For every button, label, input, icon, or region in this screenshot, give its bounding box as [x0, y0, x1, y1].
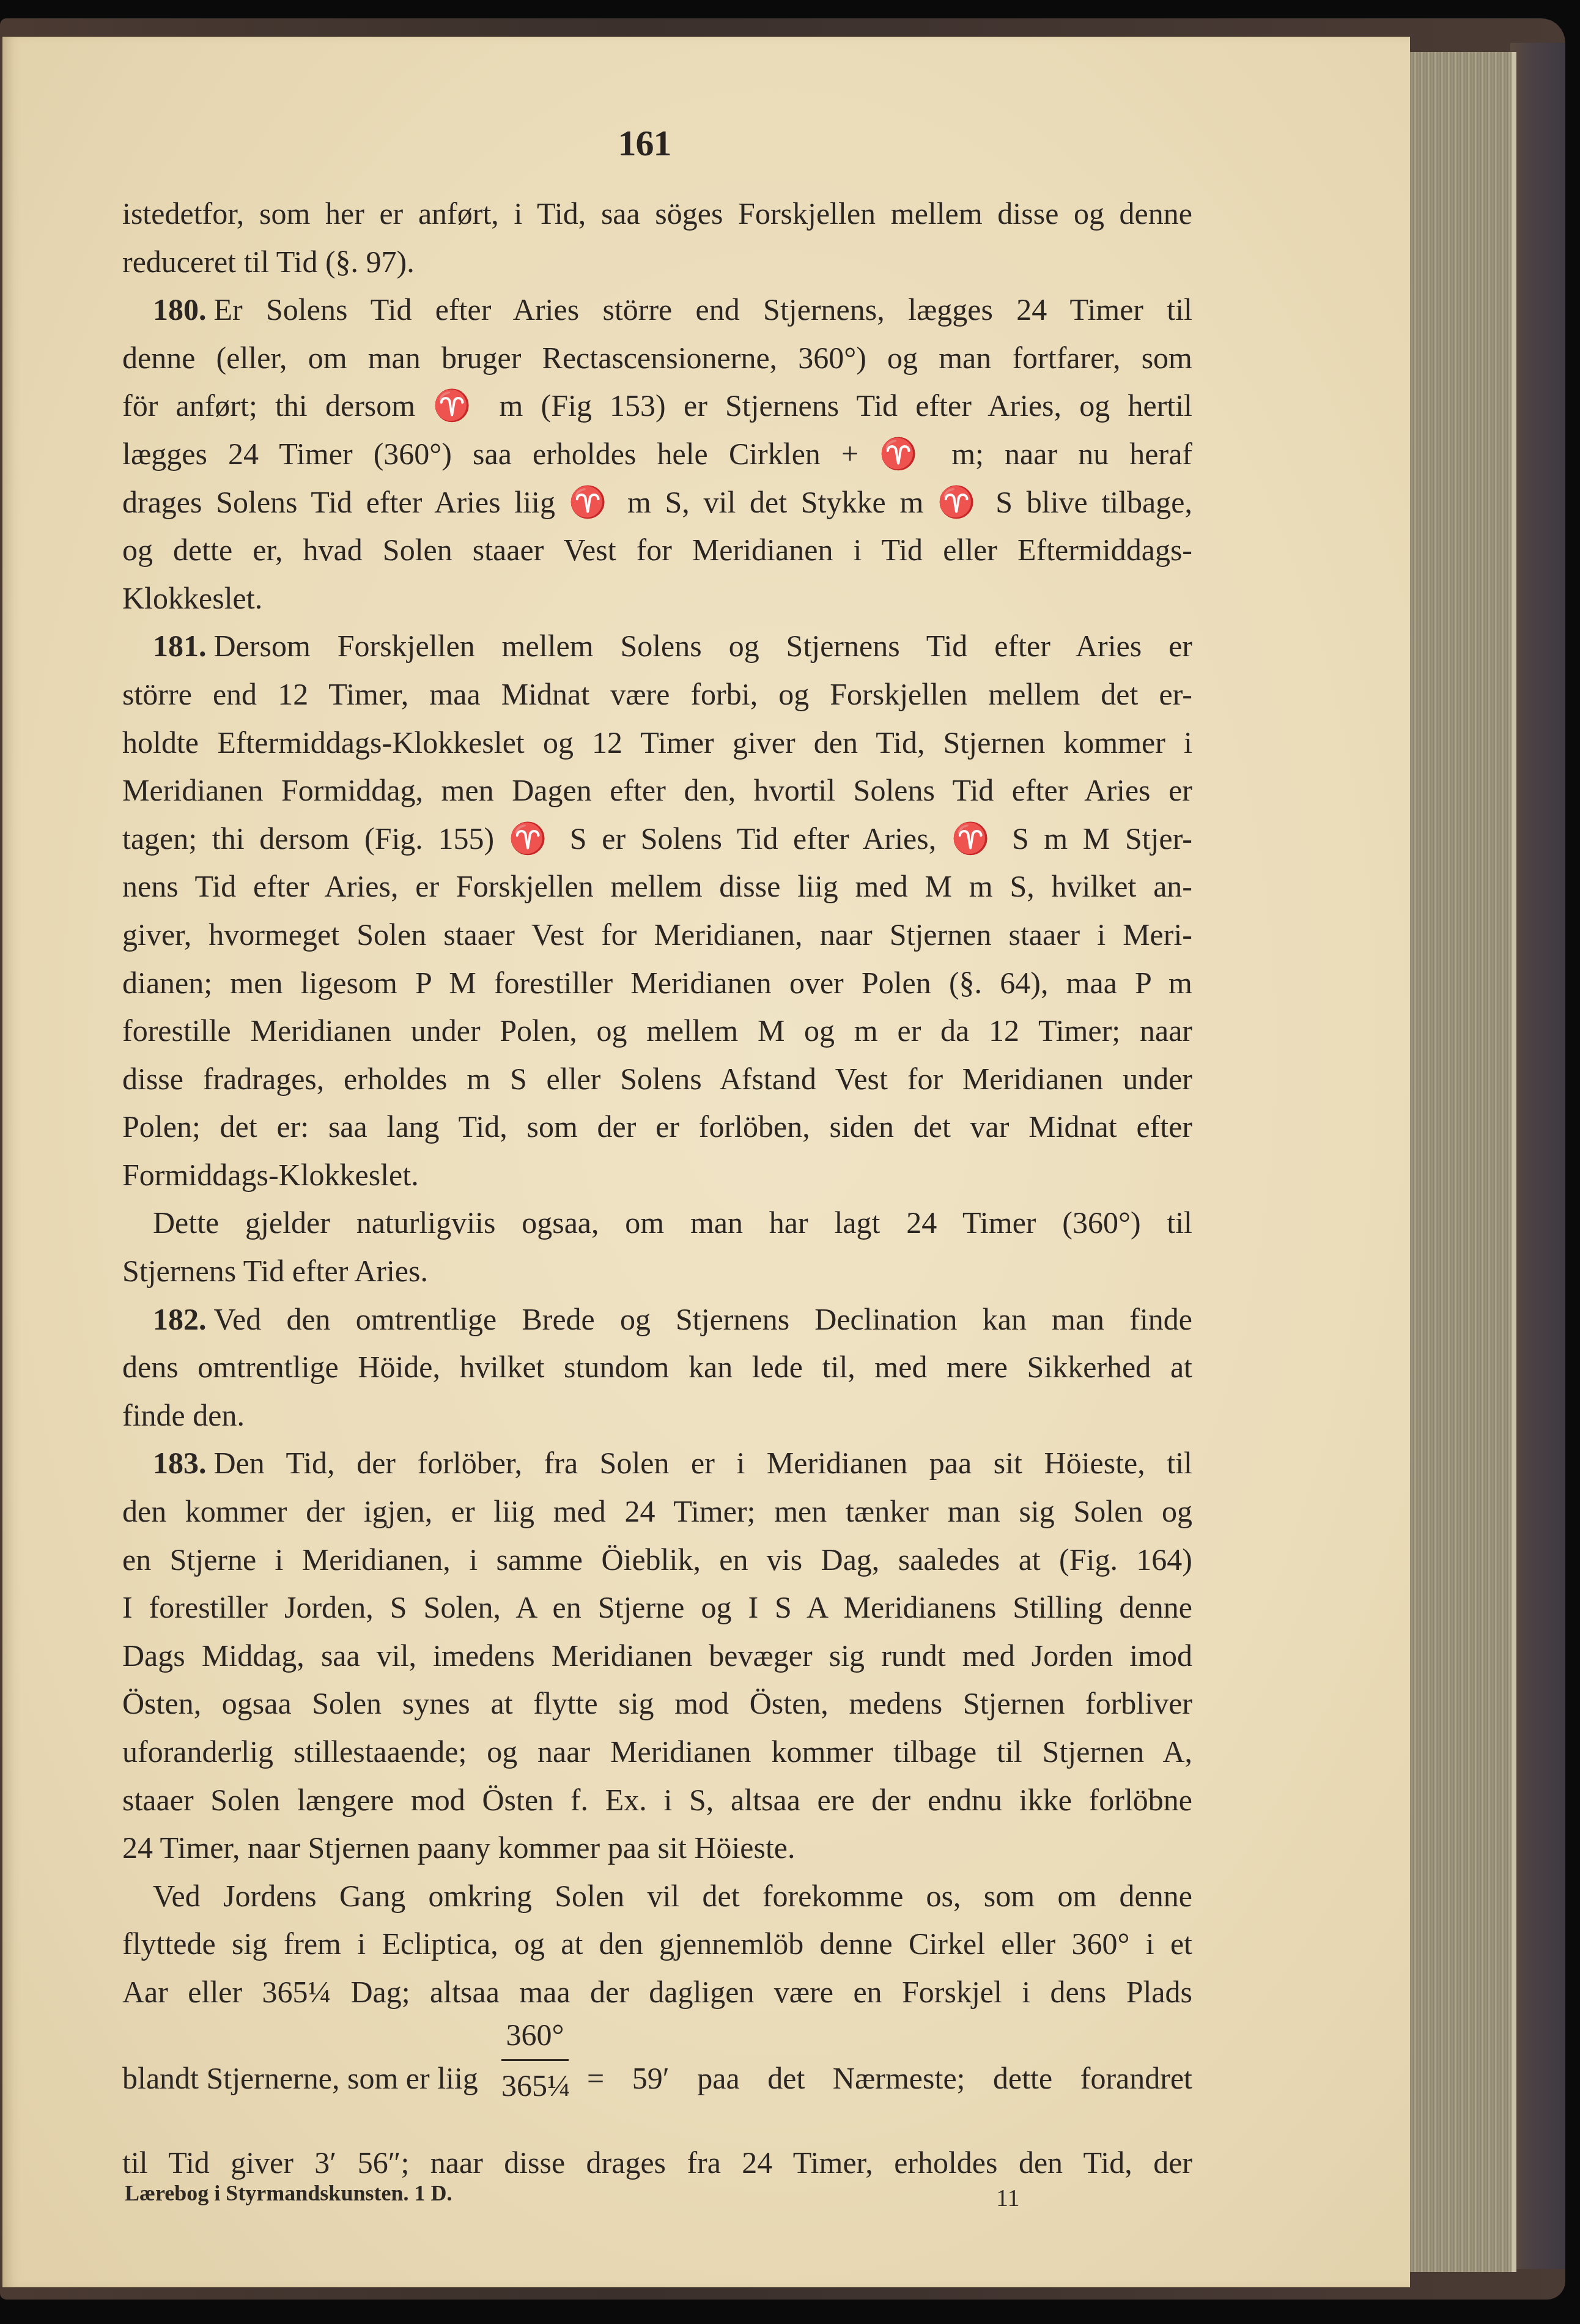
page-stack-fore-edge	[1410, 52, 1516, 2272]
book-page: 161 istedetfor, som her er anført, i Tid…	[2, 37, 1410, 2287]
paragraph-181-first-line: 181.Dersom Forskjellen mellem Solens og …	[122, 622, 1192, 670]
text-line: I forestiller Jorden, S Solen, A en Stje…	[122, 1583, 1192, 1632]
text-line: denne (eller, om man bruger Rectascensio…	[122, 334, 1192, 382]
fraction-denominator: 365¼	[501, 2067, 569, 2104]
paragraph-182-first-line: 182.Ved den omtrentlige Brede og Stjerne…	[122, 1295, 1192, 1344]
text-line: Meridianen Formiddag, men Dagen efter de…	[122, 766, 1192, 815]
text-line: Ved den omtrentlige Brede og Stjernens D…	[214, 1302, 1193, 1336]
text-line: tagen; thi dersom (Fig. 155) ♈ S er Sole…	[122, 815, 1192, 863]
formula-line: blandt Stjernerne, som er liig 360° 365¼…	[122, 2016, 1192, 2139]
text-line: finde den.	[122, 1391, 1192, 1440]
paragraph-180-first-line: 180.Er Solens Tid efter Aries större end…	[122, 286, 1192, 334]
footer-title: Lærebog i Styrmandskunsten. 1 D.	[125, 2180, 452, 2206]
paragraph-number: 183.	[153, 1446, 207, 1480]
paragraph-183-first-line: 183.Den Tid, der forlöber, fra Solen er …	[122, 1439, 1192, 1487]
text-line: Stjernens Tid efter Aries.	[122, 1247, 1192, 1295]
text-line: Dersom Forskjellen mellem Solens og Stje…	[214, 629, 1193, 663]
text-line: Formiddags-Klokkeslet.	[122, 1151, 1192, 1199]
text-line: uforanderlig stillestaaende; og naar Mer…	[122, 1728, 1192, 1776]
text-line: forestille Meridianen under Polen, og me…	[122, 1007, 1192, 1055]
text-line: Klokkeslet.	[122, 574, 1192, 623]
fraction: 360° 365¼	[501, 2016, 569, 2104]
paragraph-number: 182.	[153, 1302, 207, 1336]
text-line: = 59′ paa det Nærmeste; dette forandret	[587, 2054, 1192, 2103]
text-line: Ved Jordens Gang omkring Solen vil det f…	[122, 1872, 1192, 1920]
text-line: blandt Stjernerne, som er liig	[122, 2054, 478, 2103]
text-line: lægges 24 Timer (360°) saa erholdes hele…	[122, 430, 1192, 478]
body-text: istedetfor, som her er anført, i Tid, sa…	[122, 190, 1192, 2186]
text-line: 24 Timer, naar Stjernen paany kommer paa…	[122, 1824, 1192, 1872]
text-line: staaer Solen længere mod Östen f. Ex. i …	[122, 1776, 1192, 1824]
text-line: disse fradrages, erholdes m S eller Sole…	[122, 1055, 1192, 1103]
text-line: nens Tid efter Aries, er Forskjellen mel…	[122, 862, 1192, 911]
text-line: för anført; thi dersom ♈ m (Fig 153) er …	[122, 382, 1192, 430]
text-line: större end 12 Timer, maa Midnat være for…	[122, 670, 1192, 719]
text-line: giver, hvormeget Solen staaer Vest for M…	[122, 911, 1192, 959]
text-line: dianen; men ligesom P M forestiller Meri…	[122, 959, 1192, 1007]
book-cover-edge	[1510, 43, 1565, 2269]
text-line: dens omtrentlige Höide, hvilket stundom …	[122, 1343, 1192, 1391]
text-line: Östen, ogsaa Solen synes at flytte sig m…	[122, 1679, 1192, 1728]
fraction-bar	[501, 2059, 569, 2061]
text-line: drages Solens Tid efter Aries liig ♈ m S…	[122, 478, 1192, 527]
signature-mark: 11	[996, 2183, 1020, 2212]
text-line: den kommer der igjen, er liig med 24 Tim…	[122, 1487, 1192, 1536]
text-line: reduceret til Tid (§. 97).	[122, 238, 1192, 286]
text-line: holdte Eftermiddags-Klokkeslet og 12 Tim…	[122, 719, 1192, 767]
text-line: Den Tid, der forlöber, fra Solen er i Me…	[214, 1446, 1193, 1480]
paragraph-number: 181.	[153, 629, 207, 663]
text-line: istedetfor, som her er anført, i Tid, sa…	[122, 190, 1192, 238]
text-line: flyttede sig frem i Ecliptica, og at den…	[122, 1920, 1192, 1968]
text-line: Polen; det er: saa lang Tid, som der er …	[122, 1103, 1192, 1151]
text-line: Aar eller 365¼ Dag; altsaa maa der dagli…	[122, 1968, 1192, 2016]
text-line: til Tid giver 3′ 56″; naar disse drages …	[122, 2139, 1192, 2187]
text-line: Er Solens Tid efter Aries större end Stj…	[214, 292, 1193, 327]
fraction-numerator: 360°	[501, 2016, 569, 2053]
text-line: Dags Middag, saa vil, imedens Meridianen…	[122, 1632, 1192, 1680]
text-line: og dette er, hvad Solen staaer Vest for …	[122, 526, 1192, 574]
page-number: 161	[2, 122, 1287, 165]
paragraph-number: 180.	[153, 292, 207, 327]
text-line: en Stjerne i Meridianen, i samme Öieblik…	[122, 1536, 1192, 1584]
text-line: Dette gjelder naturligviis ogsaa, om man…	[122, 1199, 1192, 1247]
